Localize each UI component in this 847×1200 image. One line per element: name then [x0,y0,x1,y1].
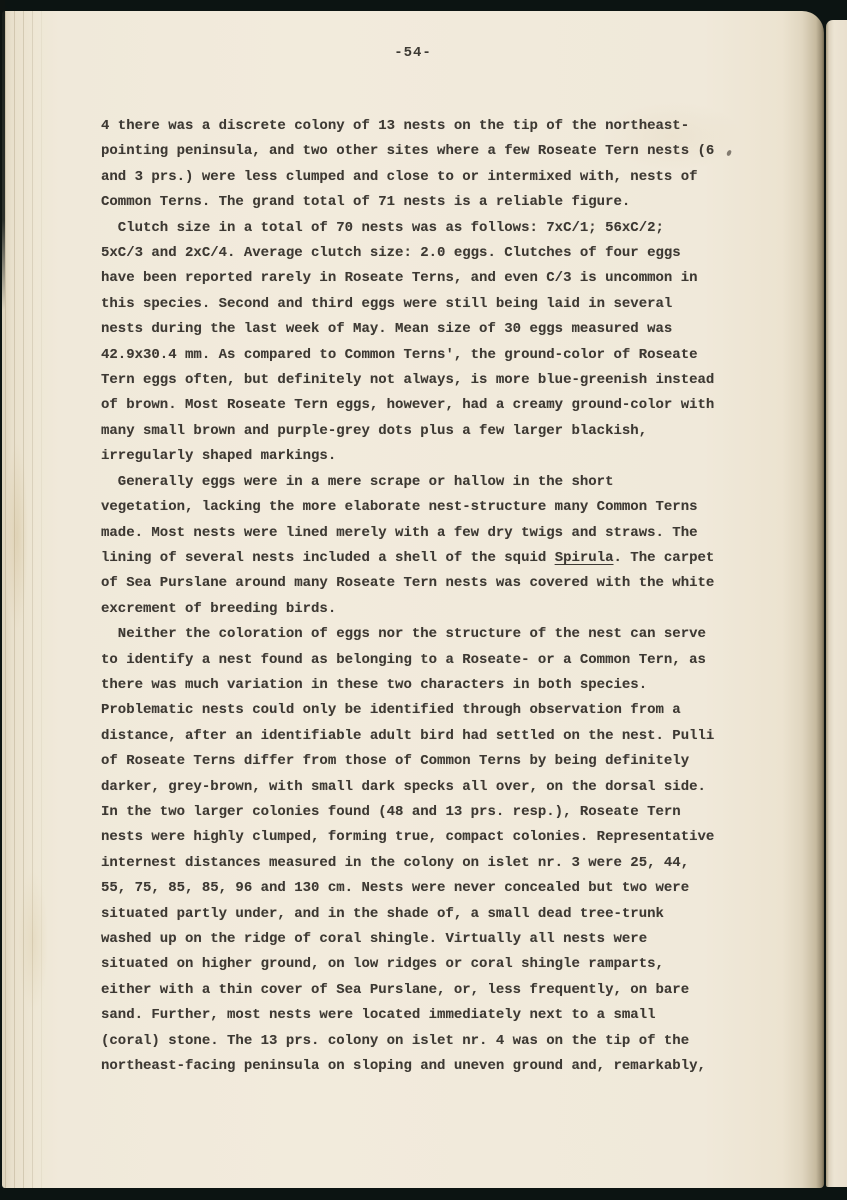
text-line: there was much variation in these two ch… [101,673,714,698]
text-line: sand. Further, most nests were located i… [101,1003,714,1028]
text-segment: Problematic nests could only be identifi… [101,702,681,718]
text-segment: Neither the coloration of eggs nor the s… [101,626,706,642]
text-segment: there was much variation in these two ch… [101,677,647,693]
text-line: of brown. Most Roseate Tern eggs, howeve… [101,393,714,418]
text-line: In the two larger colonies found (48 and… [101,800,714,825]
text-segment: vegetation, lacking the more elaborate n… [101,499,698,515]
text-line: Neither the coloration of eggs nor the s… [101,622,714,647]
text-line: Clutch size in a total of 70 nests was a… [101,216,714,241]
text-line: washed up on the ridge of coral shingle.… [101,927,714,952]
text-segment: . The carpet [614,550,715,566]
scan-edge-shadow [0,0,5,310]
text-segment: Tern eggs often, but definitely not alwa… [101,372,714,388]
text-segment: nests were highly clumped, forming true,… [101,829,714,845]
text-line: 4 there was a discrete colony of 13 nest… [101,114,714,139]
text-line: northeast-facing peninsula on sloping an… [101,1054,714,1079]
text-segment: lining of several nests included a shell… [101,550,555,566]
page-sheet: -54- 4 there was a discrete colony of 13… [2,11,824,1188]
text-segment: northeast-facing peninsula on sloping an… [101,1058,706,1074]
text-line: (coral) stone. The 13 prs. colony on isl… [101,1029,714,1054]
text-line: made. Most nests were lined merely with … [101,521,714,546]
text-segment: Clutch size in a total of 70 nests was a… [101,220,664,236]
page-number: -54- [2,45,824,61]
next-page-sliver [826,20,847,1187]
text-line: nests during the last week of May. Mean … [101,317,714,342]
text-segment: of Roseate Terns differ from those of Co… [101,753,689,769]
text-line: Generally eggs were in a mere scrape or … [101,470,714,495]
text-segment: either with a thin cover of Sea Purslane… [101,982,689,998]
text-segment: 5xC/3 and 2xC/4. Average clutch size: 2.… [101,245,681,261]
text-segment: distance, after an identifiable adult bi… [101,728,714,744]
text-segment: In the two larger colonies found (48 and… [101,804,681,820]
text-segment: and 3 prs.) were less clumped and close … [101,169,698,185]
underlined-term: Spirula [555,550,614,566]
text-segment: 4 there was a discrete colony of 13 nest… [101,118,689,134]
text-segment: darker, grey-brown, with small dark spec… [101,779,706,795]
text-line: vegetation, lacking the more elaborate n… [101,495,714,520]
text-line: of Roseate Terns differ from those of Co… [101,749,714,774]
text-line: Tern eggs often, but definitely not alwa… [101,368,714,393]
page-stack-edges [2,11,48,1188]
text-line: 42.9x30.4 mm. As compared to Common Tern… [101,343,714,368]
text-segment: nests during the last week of May. Mean … [101,321,672,337]
text-segment: to identify a nest found as belonging to… [101,652,706,668]
text-line: pointing peninsula, and two other sites … [101,139,714,164]
text-line: many small brown and purple-grey dots pl… [101,419,714,444]
text-segment: pointing peninsula, and two other sites … [101,143,714,159]
text-line: Common Terns. The grand total of 71 nest… [101,190,714,215]
text-segment: irregularly shaped markings. [101,448,336,464]
text-segment: 55, 75, 85, 85, 96 and 130 cm. Nests wer… [101,880,689,896]
text-segment: excrement of breeding birds. [101,601,336,617]
text-line: and 3 prs.) were less clumped and close … [101,165,714,190]
text-segment: washed up on the ridge of coral shingle.… [101,931,647,947]
text-line: excrement of breeding birds. [101,597,714,622]
text-line: of Sea Purslane around many Roseate Tern… [101,571,714,596]
text-line: situated partly under, and in the shade … [101,902,714,927]
text-line: to identify a nest found as belonging to… [101,648,714,673]
text-segment: Generally eggs were in a mere scrape or … [101,474,613,490]
text-line: lining of several nests included a shell… [101,546,714,571]
text-segment: Common Terns. The grand total of 71 nest… [101,194,630,210]
text-line: distance, after an identifiable adult bi… [101,724,714,749]
text-segment: made. Most nests were lined merely with … [101,525,698,541]
text-line: irregularly shaped markings. [101,444,714,469]
text-line: this species. Second and third eggs were… [101,292,714,317]
text-segment: (coral) stone. The 13 prs. colony on isl… [101,1033,689,1049]
text-line: either with a thin cover of Sea Purslane… [101,978,714,1003]
text-line: 55, 75, 85, 85, 96 and 130 cm. Nests wer… [101,876,714,901]
text-line: situated on higher ground, on low ridges… [101,952,714,977]
text-line: nests were highly clumped, forming true,… [101,825,714,850]
text-segment: have been reported rarely in Roseate Ter… [101,270,698,286]
text-segment: of Sea Purslane around many Roseate Tern… [101,575,714,591]
text-segment: many small brown and purple-grey dots pl… [101,423,647,439]
text-segment: situated on higher ground, on low ridges… [101,956,664,972]
text-line: internest distances measured in the colo… [101,851,714,876]
text-line: Problematic nests could only be identifi… [101,698,714,723]
text-line: have been reported rarely in Roseate Ter… [101,266,714,291]
text-line: darker, grey-brown, with small dark spec… [101,775,714,800]
text-segment: of brown. Most Roseate Tern eggs, howeve… [101,397,714,413]
scanned-document-page: -54- 4 there was a discrete colony of 13… [0,0,847,1200]
text-segment: sand. Further, most nests were located i… [101,1007,656,1023]
body-text: 4 there was a discrete colony of 13 nest… [101,114,714,1079]
text-segment: this species. Second and third eggs were… [101,296,672,312]
text-segment: internest distances measured in the colo… [101,855,689,871]
text-segment: 42.9x30.4 mm. As compared to Common Tern… [101,347,698,363]
ink-speck [726,150,732,157]
text-line: 5xC/3 and 2xC/4. Average clutch size: 2.… [101,241,714,266]
text-segment: situated partly under, and in the shade … [101,906,664,922]
